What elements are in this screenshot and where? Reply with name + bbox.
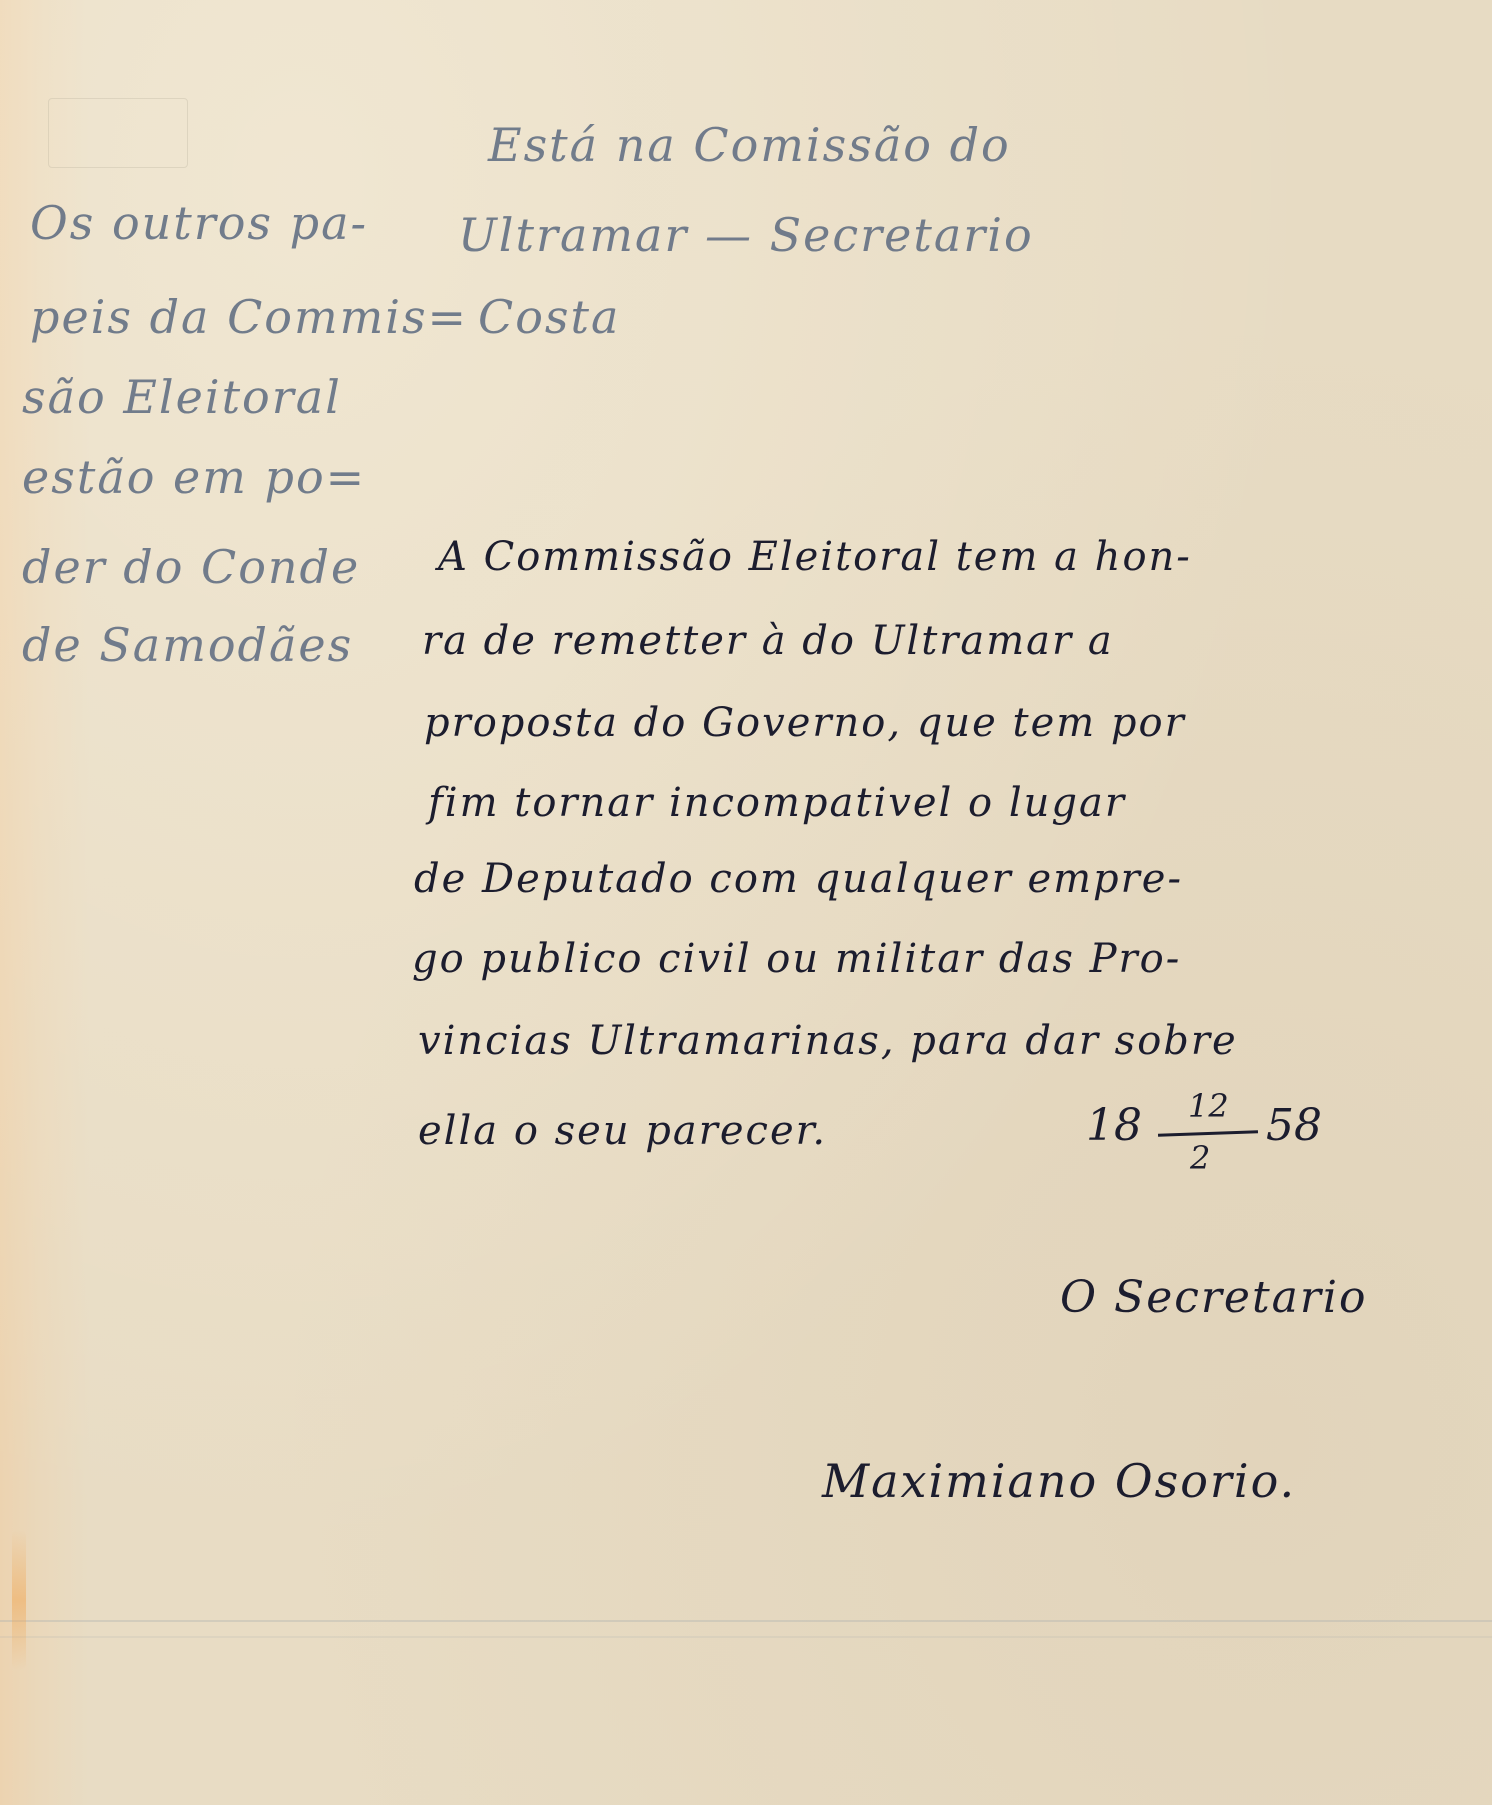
paper-fold-line (0, 1620, 1492, 1622)
body-line: fim tornar incompativel o lugar (428, 780, 1126, 826)
date-year-suffix: 58 (1266, 1104, 1322, 1148)
signature: Maximiano Osorio. (822, 1454, 1296, 1508)
header-note-line: Ultramar — Secretario (458, 208, 1034, 262)
margin-note-line: estão em po= (22, 450, 366, 504)
body-line: proposta do Governo, que tem por (424, 700, 1186, 746)
date-day: 12 (1188, 1090, 1229, 1122)
header-note-line: Costa (478, 290, 620, 344)
margin-note-line: são Eleitoral (22, 370, 342, 424)
date-year-prefix: 18 (1086, 1104, 1142, 1148)
body-line: A Commissão Eleitoral tem a hon- (438, 534, 1192, 580)
manuscript-page: Está na Comissão do Ultramar — Secretari… (0, 0, 1492, 1805)
margin-note-line: Os outros pa- (30, 196, 368, 250)
header-note-line: Está na Comissão do (488, 118, 1011, 172)
margin-note-line: de Samodães (22, 618, 353, 672)
closing-title: O Secretario (1060, 1272, 1367, 1323)
body-line: vincias Ultramarinas, para dar sobre (418, 1018, 1238, 1064)
paper-fold-line (0, 1636, 1492, 1638)
paper-watermark-stamp (48, 98, 188, 168)
margin-note-line: peis da Commis= (30, 290, 468, 344)
margin-note-line: der do Conde (22, 540, 360, 594)
paper-edge-stain (12, 1530, 26, 1670)
date-fraction-bar (1158, 1130, 1258, 1136)
body-line: go publico civil ou militar das Pro- (412, 936, 1181, 982)
body-line: ra de remetter à do Ultramar a (422, 618, 1114, 664)
body-line: de Deputado com qualquer empre- (414, 856, 1183, 902)
body-line: ella o seu parecer. (418, 1108, 827, 1154)
date-month: 2 (1190, 1142, 1210, 1174)
